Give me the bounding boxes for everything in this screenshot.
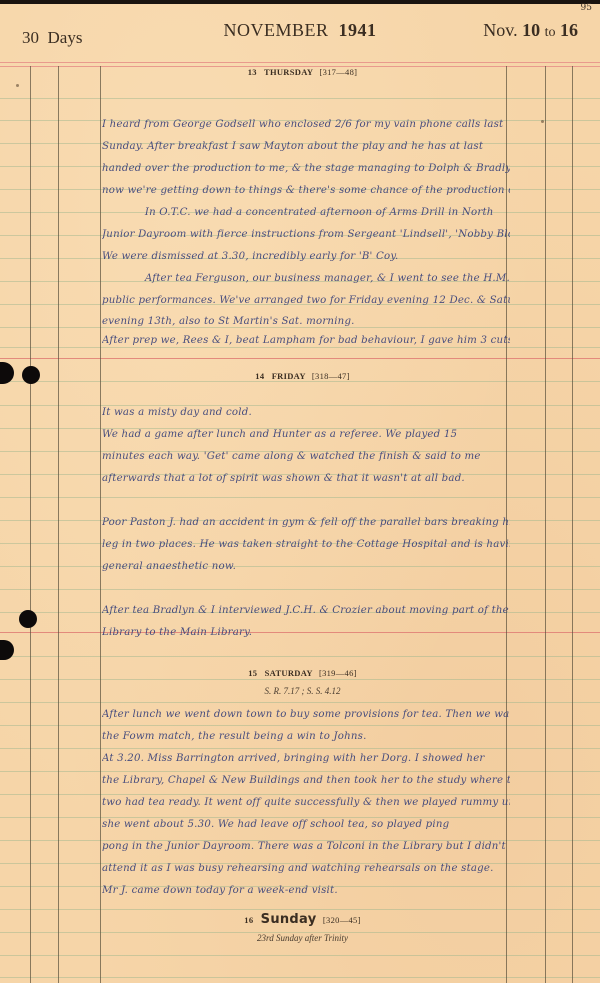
rule-line	[0, 98, 600, 99]
entry-line: Poor Paston J. had an accident in gym & …	[102, 512, 510, 534]
day-name: SATURDAY	[265, 668, 313, 678]
rule-line	[0, 656, 600, 657]
page-number: 95	[581, 3, 592, 13]
punch-hole	[19, 610, 37, 628]
entry-line: evening 13th, also to St Martin's Sat. m…	[102, 312, 510, 331]
day-name: Sunday	[261, 912, 317, 927]
entry-line: the Library, Chapel & New Buildings and …	[102, 770, 510, 792]
entry-line: leg in two places. He was taken straight…	[102, 534, 510, 556]
entry-line: We had a game after lunch and Hunter as …	[102, 424, 510, 446]
entry-friday: It was a misty day and cold. We had a ga…	[102, 402, 510, 644]
day-count: [320—45]	[323, 915, 361, 925]
entry-saturday: After lunch we went down town to buy som…	[102, 704, 510, 902]
scan-edge	[0, 0, 600, 4]
range-prefix: Nov.	[483, 20, 517, 40]
rule-line	[0, 955, 600, 956]
day-count: [317—48]	[319, 67, 357, 77]
entry-line: afterwards that a lot of spirit was show…	[102, 468, 510, 490]
paper-speck	[541, 120, 544, 123]
entry-line: two had tea ready. It went off quite suc…	[102, 792, 510, 814]
range-to: to	[545, 25, 556, 40]
day-heading-saturday: 15 SATURDAY [319—46]	[100, 668, 505, 678]
entry-line: After lunch we went down town to buy som…	[102, 704, 510, 726]
entry-line: attend it as I was busy rehearsing and w…	[102, 858, 510, 880]
day-number: 13	[248, 67, 257, 77]
entry-line: After tea Bradlyn & I interviewed J.C.H.…	[102, 600, 510, 622]
entry-line: now we're getting down to things & there…	[102, 180, 510, 202]
day-divider	[0, 358, 600, 359]
day-number: 16	[244, 915, 253, 925]
entry-line: pong in the Junior Dayroom. There was a …	[102, 836, 510, 858]
margin-line	[545, 66, 546, 983]
margin-line	[572, 66, 573, 983]
diary-page: 95 30 Days NOVEMBER 1941 Nov. 10 to 16	[0, 0, 600, 983]
entry-line: handed over the production to me, & the …	[102, 158, 510, 180]
month-name: NOVEMBER	[223, 20, 328, 40]
entry-line: At 3.20. Miss Barrington arrived, bringi…	[102, 748, 510, 770]
entry-line: public performances. We've arranged two …	[102, 290, 510, 312]
day-heading-thursday: 13 THURSDAY [317—48]	[100, 67, 505, 77]
entry-line: After tea Ferguson, our business manager…	[102, 268, 510, 290]
punch-hole	[0, 640, 14, 660]
entry-line: Sunday. After breakfast I saw Mayton abo…	[102, 136, 510, 158]
week-range: Nov. 10 to 16	[483, 20, 578, 41]
entry-line: minutes each way. 'Get' came along & wat…	[102, 446, 510, 468]
day-heading-friday: 14 FRIDAY [318—47]	[100, 371, 505, 381]
entry-line: the Fowm match, the result being a win t…	[102, 726, 510, 748]
entry-thursday: I heard from George Godsell who enclosed…	[102, 114, 510, 350]
entry-line: Junior Dayroom with fierce instructions …	[102, 224, 510, 246]
entry-line: she went about 5.30. We had leave off sc…	[102, 814, 510, 836]
day-heading-sunday: 16 Sunday [320—45]	[100, 912, 505, 927]
entry-line: general anaesthetic now.	[102, 556, 510, 578]
entry-line: We were dismissed at 3.30, incredibly ea…	[102, 246, 510, 268]
rule-line	[0, 702, 600, 703]
day-name: THURSDAY	[264, 67, 313, 77]
entry-line: It was a misty day and cold.	[102, 402, 510, 424]
rule-line	[0, 909, 600, 910]
day-number: 15	[248, 668, 257, 678]
entry-line	[102, 490, 510, 512]
entry-line: After prep we, Rees & I, beat Lampham fo…	[102, 331, 510, 350]
liturgical-note: 23rd Sunday after Trinity	[100, 933, 505, 943]
range-start: 10	[522, 20, 540, 40]
margin-line	[30, 66, 31, 983]
punch-hole	[22, 366, 40, 384]
rule-line	[0, 977, 600, 978]
day-count: [319—46]	[319, 668, 357, 678]
rule-line	[0, 381, 600, 382]
margin-line	[100, 66, 101, 983]
entry-line: Library to the Main Library.	[102, 622, 510, 644]
entry-line: Mr J. came down today for a week-end vis…	[102, 880, 510, 902]
entry-line	[102, 578, 510, 600]
entry-line: I heard from George Godsell who enclosed…	[102, 114, 510, 136]
day-count: [318—47]	[312, 371, 350, 381]
sunrise-sunset: S. R. 7.17 ; S. S. 4.12	[100, 686, 505, 696]
year: 1941	[339, 20, 377, 40]
rule-line	[0, 679, 600, 680]
paper-speck	[16, 84, 19, 87]
margin-line	[58, 66, 59, 983]
entry-line: In O.T.C. we had a concentrated afternoo…	[102, 202, 510, 224]
range-end: 16	[560, 20, 578, 40]
day-name: FRIDAY	[272, 371, 306, 381]
day-number: 14	[255, 371, 264, 381]
